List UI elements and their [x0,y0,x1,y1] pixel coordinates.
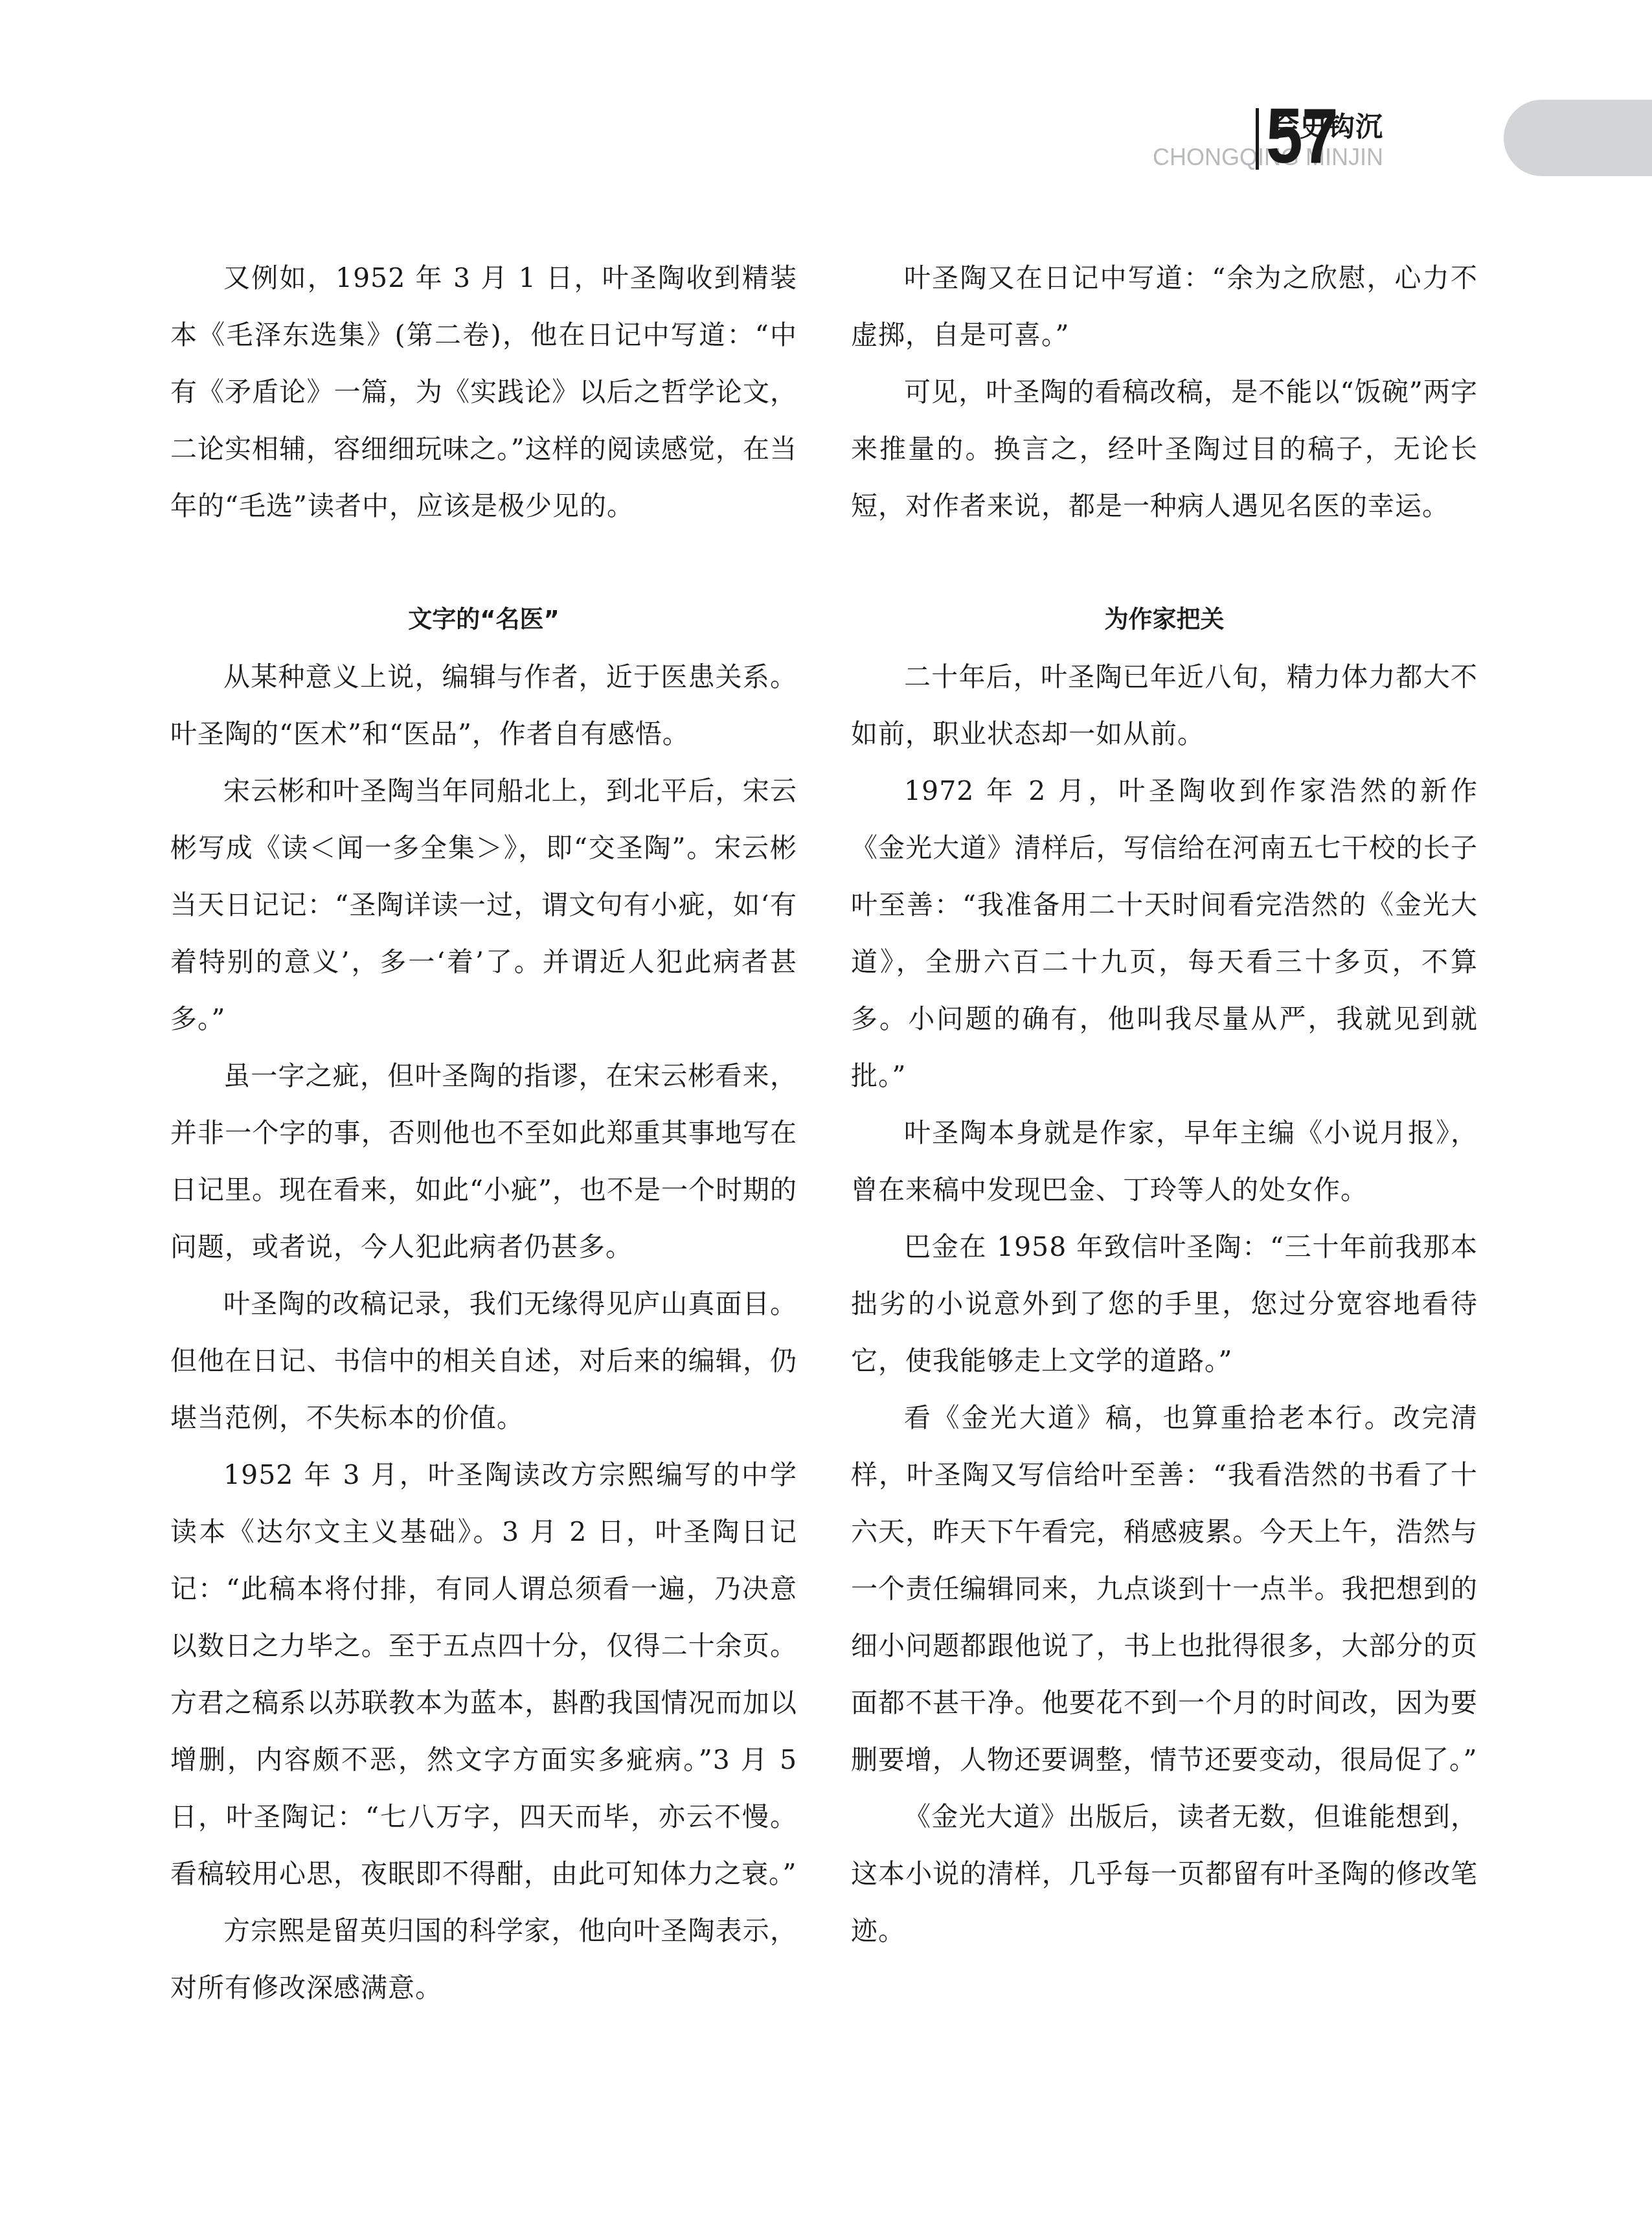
subheading-gatekeeper: 为作家把关 [851,591,1478,648]
paragraph: 1972 年 2 月，叶圣陶收到作家浩然的新作《金光大道》清样后，写信给在河南五… [851,762,1478,1104]
left-column: 又例如，1952 年 3 月 1 日，叶圣陶收到精装本《毛泽东选集》(第二卷)，… [170,249,797,2016]
page-edge-tab [1504,100,1652,176]
paragraph: 叶圣陶本身就是作家，早年主编《小说月报》，曾在来稿中发现巴金、丁玲等人的处女作。 [851,1104,1478,1218]
page-number: 57 [1266,97,1337,175]
paragraph: 虽一字之疵，但叶圣陶的指谬，在宋云彬看来，并非一个字的事，否则他也不至如此郑重其… [170,1047,797,1275]
paragraph: 二十年后，叶圣陶已年近八旬，精力体力都大不如前，职业状态却一如从前。 [851,648,1478,762]
header-divider [1256,108,1259,170]
paragraph: 叶圣陶又在日记中写道：“余为之欣慰，心力不虚掷，自是可喜。” [851,249,1478,363]
paragraph: 从某种意义上说，编辑与作者，近于医患关系。叶圣陶的“医术”和“医品”，作者自有感… [170,648,797,762]
section-gap [170,534,797,591]
page-header: 会史钩沉 CHONGQING MINJIN 57 [0,0,1652,194]
paragraph: 叶圣陶的改稿记录，我们无缘得见庐山真面目。但他在日记、书信中的相关自述，对后来的… [170,1275,797,1446]
paragraph: 巴金在 1958 年致信叶圣陶：“三十年前我那本拙劣的小说意外到了您的手里，您过… [851,1218,1478,1389]
paragraph: 可见，叶圣陶的看稿改稿，是不能以“饭碗”两字来推量的。换言之，经叶圣陶过目的稿子… [851,363,1478,534]
right-column: 叶圣陶又在日记中写道：“余为之欣慰，心力不虚掷，自是可喜。” 可见，叶圣陶的看稿… [851,249,1478,1959]
paragraph: 看《金光大道》稿，也算重拾老本行。改完清样，叶圣陶又写信给叶至善：“我看浩然的书… [851,1389,1478,1788]
subheading-famous-doctor: 文字的“名医” [170,591,797,648]
paragraph: 《金光大道》出版后，读者无数，但谁能想到，这本小说的清样，几乎每一页都留有叶圣陶… [851,1788,1478,1959]
section-gap [851,534,1478,591]
paragraph: 1952 年 3 月，叶圣陶读改方宗熙编写的中学读本《达尔文主义基础》。3 月 … [170,1446,797,1902]
paragraph: 宋云彬和叶圣陶当年同船北上，到北平后，宋云彬写成《读＜闻一多全集＞》，即“交圣陶… [170,762,797,1047]
paragraph: 又例如，1952 年 3 月 1 日，叶圣陶收到精装本《毛泽东选集》(第二卷)，… [170,249,797,534]
paragraph: 方宗熙是留英归国的科学家，他向叶圣陶表示，对所有修改深感满意。 [170,1902,797,2016]
